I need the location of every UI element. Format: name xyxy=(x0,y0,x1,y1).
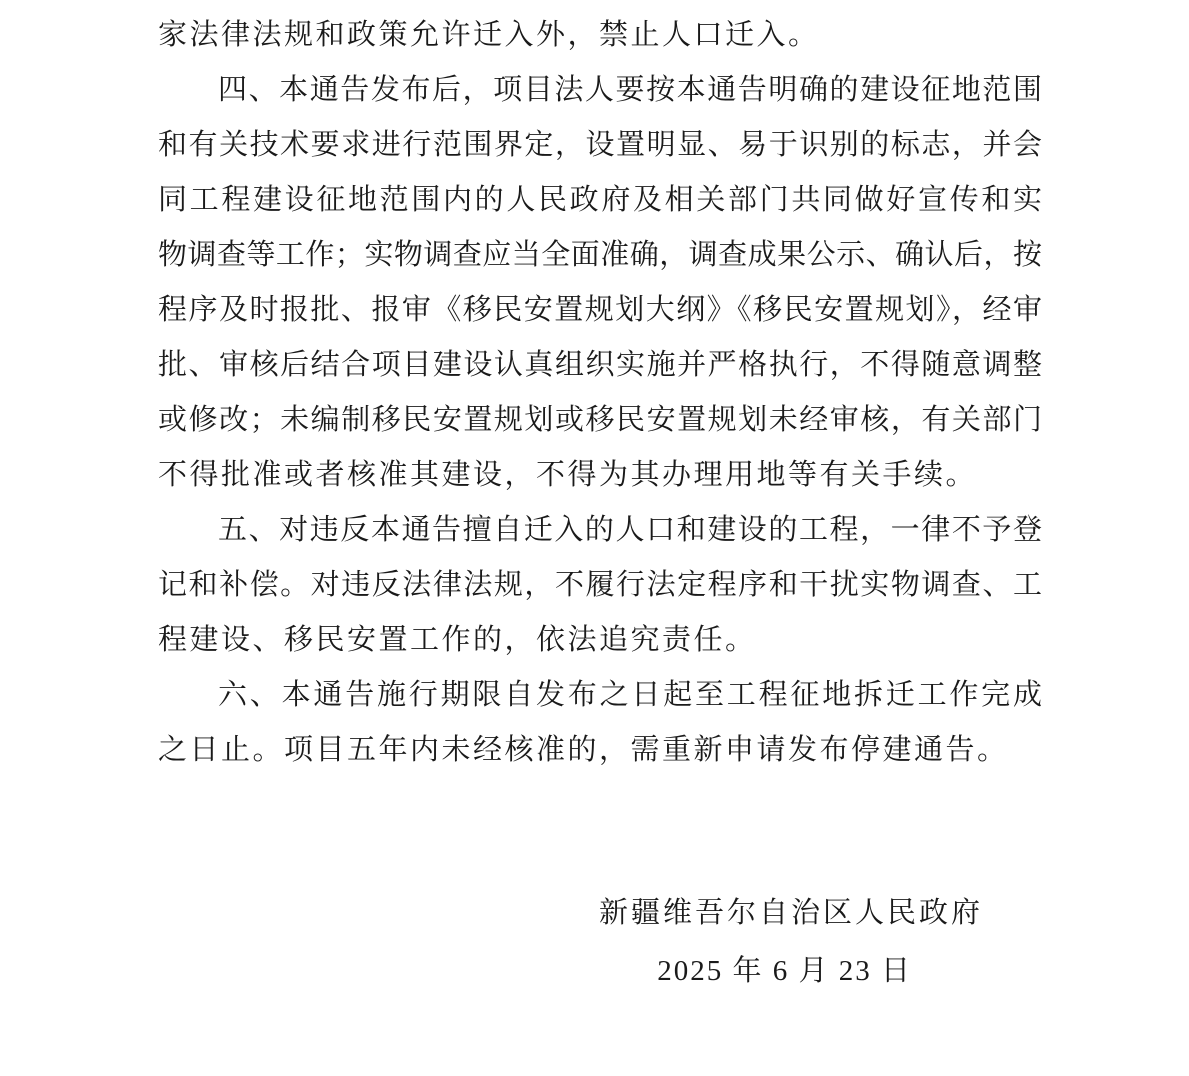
closing-block: 新疆维吾尔自治区人民政府 2025 年 6 月 23 日 xyxy=(158,884,1042,1000)
document-line: 或修改；未编制移民安置规划或移民安置规划未经审核，有关部门 xyxy=(158,393,1042,448)
document-line-item-5: 五、对违反本通告擅自迁入的人口和建设的工程，一律不予登 xyxy=(158,503,1042,558)
document-line: 物调查等工作；实物调查应当全面准确，调查成果公示、确认后，按 xyxy=(158,228,1042,283)
document-line-item-4: 四、本通告发布后，项目法人要按本通告明确的建设征地范围 xyxy=(158,63,1042,118)
document-line-item-6: 六、本通告施行期限自发布之日起至工程征地拆迁工作完成 xyxy=(158,668,1042,723)
document-line: 程序及时报批、报审《移民安置规划大纲》《移民安置规划》，经审 xyxy=(158,283,1042,338)
document-line: 同工程建设征地范围内的人民政府及相关部门共同做好宣传和实 xyxy=(158,173,1042,228)
document-line: 批、审核后结合项目建设认真组织实施并严格执行，不得随意调整 xyxy=(158,338,1042,393)
document-line: 记和补偿。对违反法律法规，不履行法定程序和干扰实物调查、工 xyxy=(158,558,1042,613)
document-line: 和有关技术要求进行范围界定，设置明显、易于识别的标志，并会 xyxy=(158,118,1042,173)
document-line: 家法律法规和政策允许迁入外，禁止人口迁入。 xyxy=(158,8,1042,63)
document-line: 程建设、移民安置工作的，依法追究责任。 xyxy=(158,613,1042,668)
notice-body: 家法律法规和政策允许迁入外，禁止人口迁入。 四、本通告发布后，项目法人要按本通告… xyxy=(158,8,1042,1000)
document-line: 之日止。项目五年内未经核准的，需重新申请发布停建通告。 xyxy=(158,723,1042,778)
document-line: 不得批准或者核准其建设，不得为其办理用地等有关手续。 xyxy=(158,448,1042,503)
issue-date: 2025 年 6 月 23 日 xyxy=(158,942,1042,1000)
issuer-signature: 新疆维吾尔自治区人民政府 xyxy=(158,884,1042,942)
notice-page: 家法律法规和政策允许迁入外，禁止人口迁入。 四、本通告发布后，项目法人要按本通告… xyxy=(0,0,1189,1076)
